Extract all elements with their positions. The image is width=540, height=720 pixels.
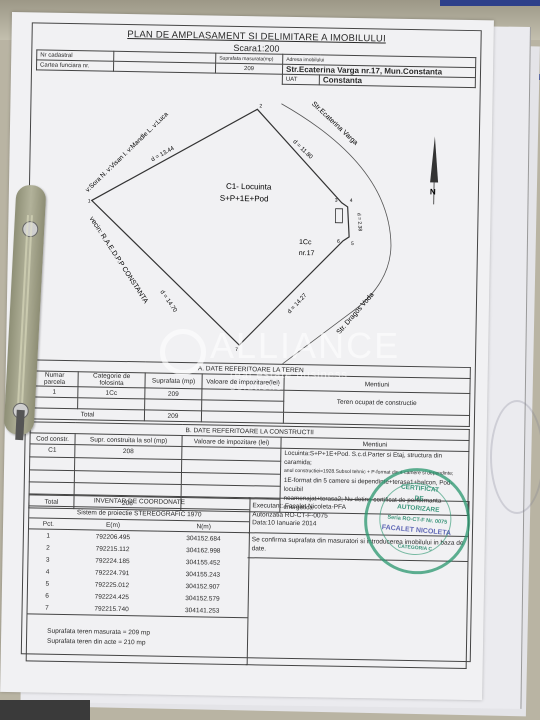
land-data-table: A. DATE REFERITOARE LA TEREN Numar parce… xyxy=(30,359,471,427)
site-plan-drawing: 1 2 3 4 5 6 7 d = 13.44 d = 11.80 d = 2.… xyxy=(27,79,480,367)
point-5: 5 xyxy=(351,241,354,247)
background-surface xyxy=(0,700,90,720)
neighbor-southwest: vecin: R.A.E.D.P.P CONSTANTA xyxy=(88,216,149,305)
cell xyxy=(31,397,78,409)
building-levels: S+P+1E+Pod xyxy=(220,194,269,204)
parcel-category: 1Cc xyxy=(299,239,312,246)
total-value: 209 xyxy=(144,410,201,422)
document-frame: PLAN DE AMPLASAMENT SI DELIMITARE A IMOB… xyxy=(21,22,482,662)
col-suprafata: Suprafata (mp) xyxy=(145,373,202,389)
background-edge xyxy=(440,0,540,6)
coordinate-inventory: INVENTAR DE COORDONATE Sistem de proiect… xyxy=(26,493,251,665)
building-label: C1- Locuinta xyxy=(226,182,272,192)
parcel-number: nr.17 xyxy=(299,250,315,257)
col-valoare: Valoare de impozitare(lei) xyxy=(202,374,284,390)
point-2: 2 xyxy=(259,103,262,109)
point-4: 4 xyxy=(350,198,353,204)
cell: Teren ocupat de constructie xyxy=(284,390,470,415)
street-southeast: Str. Dragos Voda xyxy=(336,291,376,336)
binder-pin xyxy=(15,410,25,440)
coordinate-table: Pct. E(m) N(m) 1792206.495304152.684 279… xyxy=(28,518,250,617)
point-6: 6 xyxy=(337,239,340,245)
distance-7-1: d = 14.70 xyxy=(158,289,177,314)
document-page: PLAN DE AMPLASAMENT SI DELIMITARE A IMOB… xyxy=(0,12,494,700)
total-label: Total xyxy=(30,408,144,421)
point-3: 3 xyxy=(335,198,338,204)
col-numar-parcela: Numar parcela xyxy=(31,371,78,387)
cell: C1 xyxy=(30,444,75,458)
distance-4-5: d = 2.38 xyxy=(356,213,363,232)
col-pct: Pct. xyxy=(29,518,68,529)
ghost-stamp xyxy=(490,400,540,514)
site-plan: 1 2 3 4 5 6 7 d = 13.44 d = 11.80 d = 2.… xyxy=(27,79,480,367)
north-label: N xyxy=(430,187,436,196)
point-7: 7 xyxy=(235,347,238,353)
col-cod-constr: Cod constr. xyxy=(30,433,75,445)
col-categorie: Categorie de folosinta xyxy=(78,372,145,388)
distance-6-7: d = 14.27 xyxy=(287,292,309,315)
cell: 1 xyxy=(31,386,78,398)
area-documents: Suprafata teren din acte = 210 mp xyxy=(47,637,247,650)
point-1: 1 xyxy=(88,198,91,204)
